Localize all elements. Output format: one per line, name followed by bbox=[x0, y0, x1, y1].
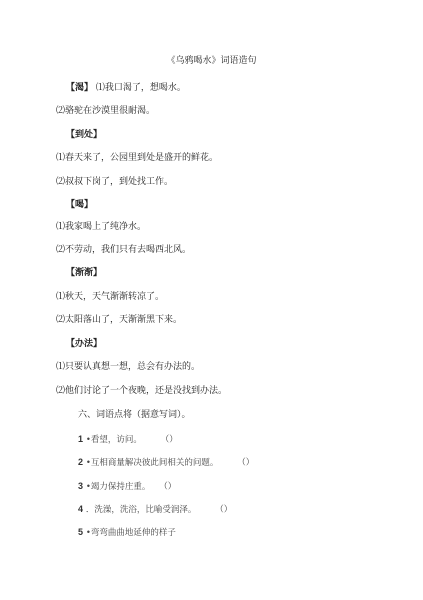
section-word: 【渐渐】 bbox=[66, 268, 102, 279]
item-number: 1 bbox=[78, 434, 83, 444]
item-number: 3 bbox=[78, 481, 83, 491]
section-word: 【到处】 bbox=[66, 130, 102, 141]
item-text: •弯弯曲曲地延伸的样子 bbox=[86, 528, 176, 538]
exercise-item-3: 3 •竭力保持庄重。 （） bbox=[78, 481, 176, 493]
answer-blank[interactable]: （） bbox=[215, 505, 232, 516]
section-word: 【喝】 bbox=[66, 200, 93, 211]
document-title: 《乌鸦喝水》词语造句 bbox=[0, 56, 423, 67]
sentence: ⑴春天来了，公园里到处是盛开的鲜花。 bbox=[56, 153, 218, 164]
item-text: •竭力保持庄重。 bbox=[86, 482, 151, 492]
answer-blank[interactable]: （） bbox=[161, 435, 178, 446]
item-number: 4 bbox=[78, 504, 83, 514]
section-word: 【办法】 bbox=[66, 339, 102, 350]
sentence: ⑵不劳动，我们只有去喝西北风。 bbox=[56, 245, 191, 256]
exercise-item-5: 5 •弯弯曲曲地延伸的样子 bbox=[78, 527, 176, 539]
item-text: •看望，访问。 bbox=[86, 435, 142, 445]
exercise-item-2: 2 •互相商量解决彼此间相关的问题。 （） bbox=[78, 457, 254, 469]
exercise-item-4: 4 ．洗澡，洗浴，比喻受润泽。 （） bbox=[78, 504, 232, 516]
sentence: ⑴我口渴了，想喝水。 bbox=[96, 83, 186, 93]
item-number: 2 bbox=[78, 457, 83, 467]
item-text: ．洗澡，洗浴，比喻受润泽。 bbox=[86, 505, 197, 515]
answer-blank[interactable]: （） bbox=[237, 458, 254, 469]
item-number: 5 bbox=[78, 527, 83, 537]
item-text: •互相商量解决彼此间相关的问题。 bbox=[86, 458, 219, 468]
section-1-line-1: 【渴】 ⑴我口渴了，想喝水。 bbox=[66, 83, 186, 94]
sentence: ⑴我家喝上了纯净水。 bbox=[56, 222, 146, 233]
sentence: ⑴只要认真想一想，总会有办法的。 bbox=[56, 362, 200, 373]
sentence: ⑵他们讨论了一个夜晚，还是没找到办法。 bbox=[56, 386, 227, 397]
answer-blank[interactable]: （） bbox=[159, 482, 176, 493]
sentence: ⑵叔叔下岗了，到处找工作。 bbox=[56, 177, 173, 188]
exercise-item-1: 1 •看望，访问。 （） bbox=[78, 434, 178, 446]
section-word: 【渴】 bbox=[66, 83, 93, 93]
sentence: ⑴秋天，天气渐渐转凉了。 bbox=[56, 292, 164, 303]
sentence: ⑵骆驼在沙漠里很耐渴。 bbox=[56, 106, 155, 117]
exercise-heading: 六、词语点将（据意写词）。 bbox=[78, 410, 191, 421]
sentence: ⑵太阳落山了，天渐渐黑下来。 bbox=[56, 315, 182, 326]
